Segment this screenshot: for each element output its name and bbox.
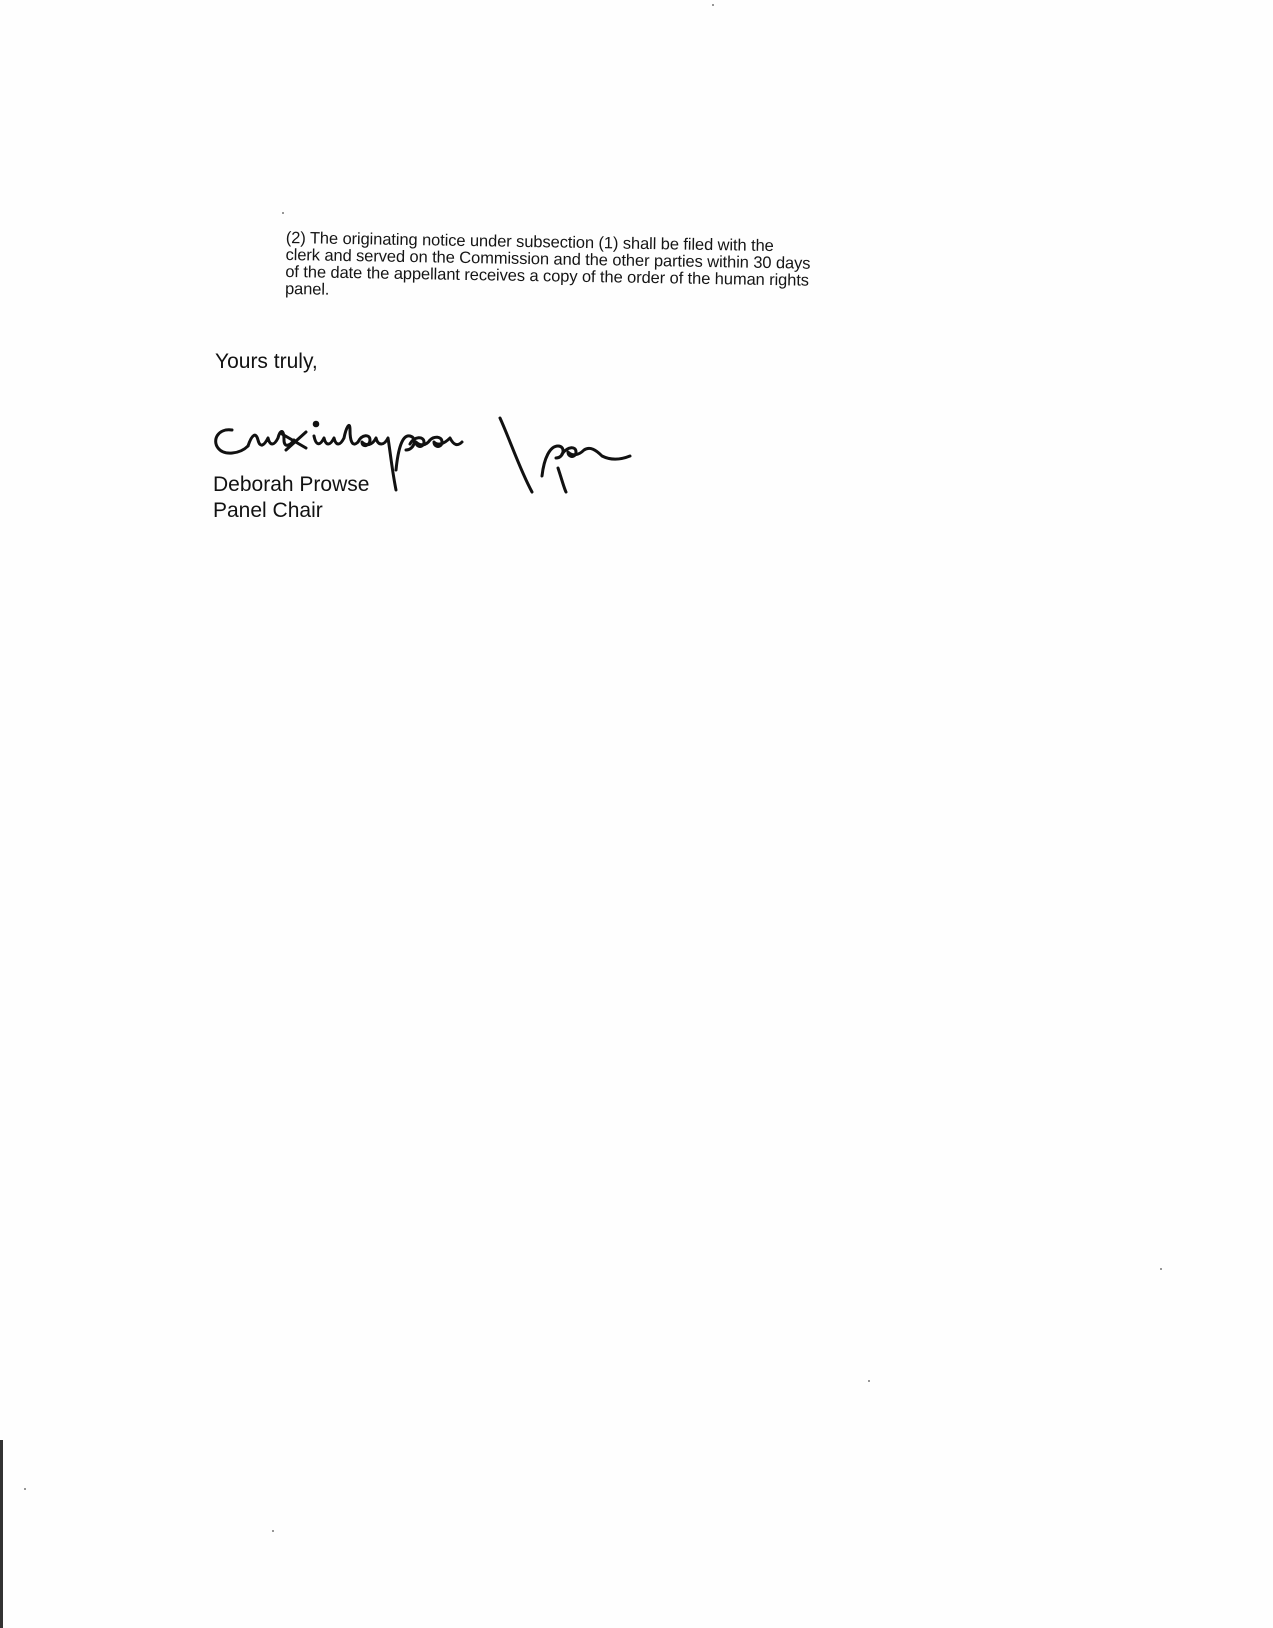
signer-block: Deborah Prowse Panel Chair: [213, 472, 369, 524]
scan-speck: [24, 1488, 26, 1490]
scan-speck: [868, 1380, 870, 1382]
scan-edge-line: [0, 1440, 3, 1628]
document-page: (2) The originating notice under subsect…: [0, 0, 1273, 1628]
scan-speck: [1160, 1268, 1162, 1270]
quoted-provision: (2) The originating notice under subsect…: [285, 230, 946, 309]
closing-salutation: Yours truly,: [215, 350, 318, 374]
signer-name: Deborah Prowse: [213, 472, 369, 498]
scan-speck: [272, 1530, 274, 1532]
signer-title: Panel Chair: [213, 498, 369, 524]
scan-speck: [712, 4, 714, 6]
scan-speck: [282, 212, 284, 214]
